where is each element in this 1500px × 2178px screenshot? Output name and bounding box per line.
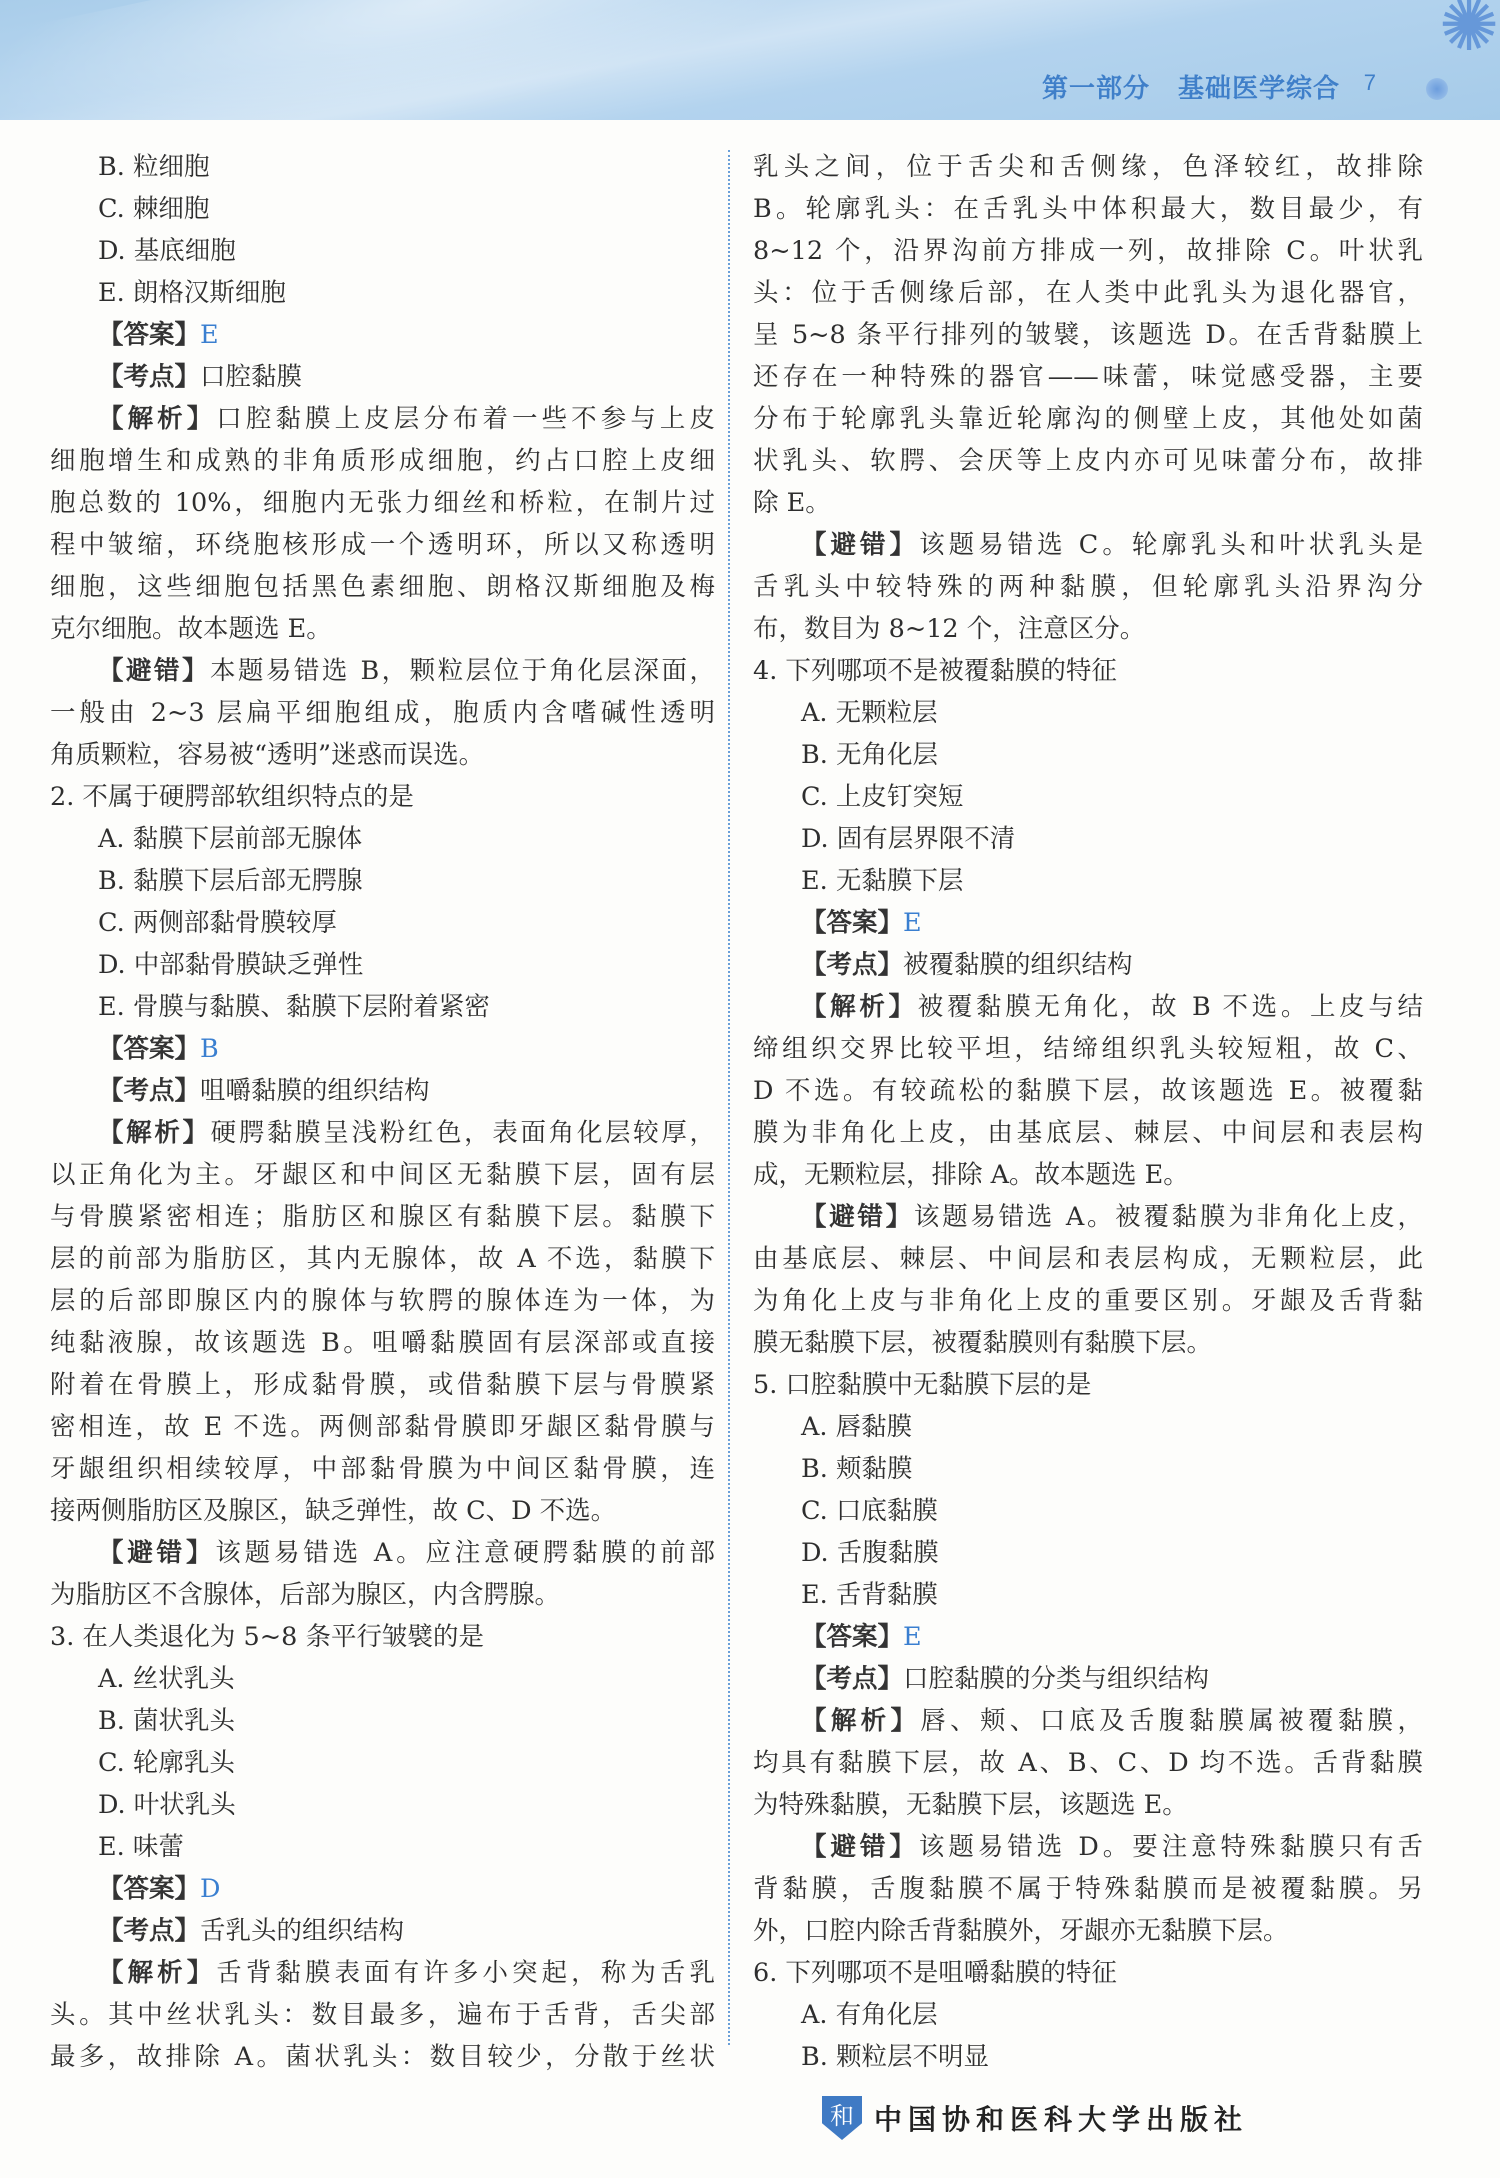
page-footer: 和 中国协和医科大学出版社: [822, 2093, 1248, 2143]
q3-question: 3. 在人类退化为 5~8 条平行皱襞的是: [50, 1616, 715, 1658]
q4-option: D. 固有层界限不清: [753, 818, 1423, 860]
analysis-label: 【解析】: [801, 992, 918, 1022]
dot-decoration-icon: [1426, 78, 1448, 100]
section-title: 第一部分基础医学综合: [1042, 68, 1340, 105]
avoid-label: 【避错】: [98, 656, 210, 686]
analysis-line: 分布于轮廓乳头靠近轮廓沟的侧壁上皮，其他处如菌: [753, 398, 1423, 440]
avoid-text: 该题易错选 C。轮廓乳头和叶状乳头是: [919, 530, 1423, 560]
analysis-line: 牙龈组织相续较厚，中部黏骨膜为中间区黏骨膜，连: [50, 1448, 715, 1490]
analysis-line: 头：位于舌侧缘后部，在人类中此乳头为退化器官，: [753, 272, 1423, 314]
point-label: 【考点】: [801, 1664, 903, 1694]
analysis-line: 成，无颗粒层，排除 A。故本题选 E。: [753, 1154, 1423, 1196]
analysis-label: 【解析】: [98, 1118, 211, 1148]
q2-option: D. 中部黏骨膜缺乏弹性: [50, 944, 715, 986]
avoid-line: 布，数目为 8~12 个，注意区分。: [753, 608, 1423, 650]
q3-option: E. 味蕾: [50, 1826, 715, 1868]
avoid-label: 【避错】: [98, 1538, 215, 1568]
answer-label: 【答案】: [98, 1874, 200, 1904]
q4-avoid: 【避错】该题易错选 A。被覆黏膜为非角化上皮，: [753, 1196, 1423, 1238]
avoid-line: 角质颗粒，容易被“透明”迷惑而误选。: [50, 734, 715, 776]
q3-option: A. 丝状乳头: [50, 1658, 715, 1700]
publisher-logo-icon: 和: [822, 2096, 862, 2140]
q2-point: 【考点】咀嚼黏膜的组织结构: [50, 1070, 715, 1112]
q1-option: E. 朗格汉斯细胞: [50, 272, 715, 314]
q5-avoid: 【避错】该题易错选 D。要注意特殊黏膜只有舌: [753, 1826, 1423, 1868]
answer-value: E: [200, 320, 219, 350]
q1-point: 【考点】口腔黏膜: [50, 356, 715, 398]
q1-option: B. 粒细胞: [50, 146, 715, 188]
analysis-line: 乳头之间，位于舌尖和舌侧缘，色泽较红，故排除: [753, 146, 1423, 188]
analysis-text: 硬腭黏膜呈浅粉红色，表面角化层较厚，: [211, 1118, 715, 1148]
analysis-line: 程中皱缩，环绕胞核形成一个透明环，所以又称透明: [50, 524, 715, 566]
answer-value: E: [903, 908, 922, 938]
q4-option: B. 无角化层: [753, 734, 1423, 776]
q5-point: 【考点】口腔黏膜的分类与组织结构: [753, 1658, 1423, 1700]
q5-option: D. 舌腹黏膜: [753, 1532, 1423, 1574]
avoid-line: 背黏膜，舌腹黏膜不属于特殊黏膜而是被覆黏膜。另: [753, 1868, 1423, 1910]
q5-answer: 【答案】E: [753, 1616, 1423, 1658]
answer-value: D: [200, 1874, 220, 1904]
avoid-line: 舌乳头中较特殊的两种黏膜，但轮廓乳头沿界沟分: [753, 566, 1423, 608]
q2-analysis: 【解析】硬腭黏膜呈浅粉红色，表面角化层较厚，: [50, 1112, 715, 1154]
section-part-label: 第一部分: [1042, 74, 1150, 104]
analysis-line: 最多，故排除 A。菌状乳头：数目较少，分散于丝状: [50, 2036, 715, 2078]
q1-avoid: 【避错】本题易错选 B，颗粒层位于角化层深面，: [50, 650, 715, 692]
analysis-line: 头。其中丝状乳头：数目最多，遍布于舌背，舌尖部: [50, 1994, 715, 2036]
analysis-text: 被覆黏膜无角化，故 B 不选。上皮与结: [918, 992, 1423, 1022]
analysis-line: 附着在骨膜上，形成黏骨膜，或借黏膜下层与骨膜紧: [50, 1364, 715, 1406]
q4-analysis: 【解析】被覆黏膜无角化，故 B 不选。上皮与结: [753, 986, 1423, 1028]
q1-analysis: 【解析】口腔黏膜上皮层分布着一些不参与上皮: [50, 398, 715, 440]
analysis-text: 舌背黏膜表面有许多小突起，称为舌乳: [216, 1958, 715, 1988]
left-column: B. 粒细胞 C. 棘细胞 D. 基底细胞 E. 朗格汉斯细胞 【答案】E 【考…: [50, 146, 715, 2078]
q1-option: D. 基底细胞: [50, 230, 715, 272]
q5-analysis: 【解析】唇、颊、口底及舌腹黏膜属被覆黏膜，: [753, 1700, 1423, 1742]
answer-label: 【答案】: [801, 908, 903, 938]
q2-avoid: 【避错】该题易错选 A。应注意硬腭黏膜的前部: [50, 1532, 715, 1574]
analysis-line: 为特殊黏膜，无黏膜下层，该题选 E。: [753, 1784, 1423, 1826]
analysis-line: 与骨膜紧密相连；脂肪区和腺区有黏膜下层。黏膜下: [50, 1196, 715, 1238]
point-value: 舌乳头的组织结构: [200, 1916, 404, 1946]
avoid-line: 为脂肪区不含腺体，后部为腺区，内含腭腺。: [50, 1574, 715, 1616]
analysis-line: 接两侧脂肪区及腺区，缺乏弹性，故 C、D 不选。: [50, 1490, 715, 1532]
avoid-label: 【避错】: [801, 530, 919, 560]
analysis-line: 层的后部即腺区内的腺体与软腭的腺体连为一体，为: [50, 1280, 715, 1322]
q3-point: 【考点】舌乳头的组织结构: [50, 1910, 715, 1952]
point-value: 口腔黏膜的分类与组织结构: [903, 1664, 1209, 1694]
q6-option: A. 有角化层: [753, 1994, 1423, 2036]
analysis-text: 口腔黏膜上皮层分布着一些不参与上皮: [216, 404, 715, 434]
answer-label: 【答案】: [98, 320, 200, 350]
q2-question: 2. 不属于硬腭部软组织特点的是: [50, 776, 715, 818]
q2-option: B. 黏膜下层后部无腭腺: [50, 860, 715, 902]
publisher-name: 中国协和医科大学出版社: [874, 2098, 1248, 2138]
q6-question: 6. 下列哪项不是咀嚼黏膜的特征: [753, 1952, 1423, 1994]
q3-answer: 【答案】D: [50, 1868, 715, 1910]
avoid-line: 膜无黏膜下层，被覆黏膜则有黏膜下层。: [753, 1322, 1423, 1364]
flower-decoration-icon: ✺: [1434, 0, 1500, 60]
analysis-line: 细胞，这些细胞包括黑色素细胞、朗格汉斯细胞及梅: [50, 566, 715, 608]
avoid-text: 该题易错选 D。要注意特殊黏膜只有舌: [919, 1832, 1423, 1862]
q5-option: A. 唇黏膜: [753, 1406, 1423, 1448]
q4-option: A. 无颗粒层: [753, 692, 1423, 734]
q5-option: B. 颊黏膜: [753, 1448, 1423, 1490]
avoid-line: 为角化上皮与非角化上皮的重要区别。牙龈及舌背黏: [753, 1280, 1423, 1322]
q3-avoid: 【避错】该题易错选 C。轮廓乳头和叶状乳头是: [753, 524, 1423, 566]
q5-option: C. 口底黏膜: [753, 1490, 1423, 1532]
q4-point: 【考点】被覆黏膜的组织结构: [753, 944, 1423, 986]
answer-label: 【答案】: [98, 1034, 200, 1064]
avoid-label: 【避错】: [801, 1202, 914, 1232]
q2-answer: 【答案】B: [50, 1028, 715, 1070]
q2-option: E. 骨膜与黏膜、黏膜下层附着紧密: [50, 986, 715, 1028]
q4-option: C. 上皮钉突短: [753, 776, 1423, 818]
avoid-line: 由基底层、棘层、中间层和表层构成，无颗粒层，此: [753, 1238, 1423, 1280]
q3-analysis: 【解析】舌背黏膜表面有许多小突起，称为舌乳: [50, 1952, 715, 1994]
q5-option: E. 舌背黏膜: [753, 1574, 1423, 1616]
q2-option: C. 两侧部黏骨膜较厚: [50, 902, 715, 944]
analysis-line: 膜为非角化上皮，由基底层、棘层、中间层和表层构: [753, 1112, 1423, 1154]
analysis-line: 纯黏液腺，故该题选 B。咀嚼黏膜固有层深部或直接: [50, 1322, 715, 1364]
point-value: 咀嚼黏膜的组织结构: [200, 1076, 430, 1106]
analysis-line: 克尔细胞。故本题选 E。: [50, 608, 715, 650]
q1-option: C. 棘细胞: [50, 188, 715, 230]
analysis-text: 唇、颊、口底及舌腹黏膜属被覆黏膜，: [920, 1706, 1423, 1736]
avoid-text: 该题易错选 A。被覆黏膜为非角化上皮，: [914, 1202, 1423, 1232]
point-label: 【考点】: [98, 1076, 200, 1106]
q5-question: 5. 口腔黏膜中无黏膜下层的是: [753, 1364, 1423, 1406]
q2-option: A. 黏膜下层前部无腺体: [50, 818, 715, 860]
answer-label: 【答案】: [801, 1622, 903, 1652]
analysis-line: 以正角化为主。牙龈区和中间区无黏膜下层，固有层: [50, 1154, 715, 1196]
q6-option: B. 颗粒层不明显: [753, 2036, 1423, 2078]
analysis-label: 【解析】: [801, 1706, 920, 1736]
section-subject-label: 基础医学综合: [1178, 74, 1340, 104]
analysis-line: 状乳头、软腭、会厌等上皮内亦可见味蕾分布，故排: [753, 440, 1423, 482]
analysis-label: 【解析】: [98, 1958, 216, 1988]
point-value: 被覆黏膜的组织结构: [903, 950, 1133, 980]
analysis-line: D 不选。有较疏松的黏膜下层，故该题选 E。被覆黏: [753, 1070, 1423, 1112]
point-value: 口腔黏膜: [200, 362, 302, 392]
q4-option: E. 无黏膜下层: [753, 860, 1423, 902]
avoid-text: 该题易错选 A。应注意硬腭黏膜的前部: [215, 1538, 715, 1568]
header-decoration: [0, 0, 811, 120]
avoid-line: 一般由 2~3 层扁平细胞组成，胞质内含嗜碱性透明: [50, 692, 715, 734]
analysis-line: 均具有黏膜下层，故 A、B、C、D 均不选。舌背黏膜: [753, 1742, 1423, 1784]
q3-option: D. 叶状乳头: [50, 1784, 715, 1826]
analysis-line: 8~12 个，沿界沟前方排成一列，故排除 C。叶状乳: [753, 230, 1423, 272]
q4-answer: 【答案】E: [753, 902, 1423, 944]
analysis-line: 胞总数的 10%，细胞内无张力细丝和桥粒，在制片过: [50, 482, 715, 524]
analysis-line: 密相连，故 E 不选。两侧部黏骨膜即牙龈区黏骨膜与: [50, 1406, 715, 1448]
analysis-line: 细胞增生和成熟的非角质形成细胞，约占口腔上皮细: [50, 440, 715, 482]
point-label: 【考点】: [98, 362, 200, 392]
right-column: 乳头之间，位于舌尖和舌侧缘，色泽较红，故排除 B。轮廓乳头：在舌乳头中体积最大，…: [753, 146, 1423, 2078]
avoid-label: 【避错】: [801, 1832, 919, 1862]
q3-option: B. 菌状乳头: [50, 1700, 715, 1742]
point-label: 【考点】: [98, 1916, 200, 1946]
analysis-line: 层的前部为脂肪区，其内无腺体，故 A 不选，黏膜下: [50, 1238, 715, 1280]
q4-question: 4. 下列哪项不是被覆黏膜的特征: [753, 650, 1423, 692]
analysis-label: 【解析】: [98, 404, 216, 434]
answer-value: B: [200, 1034, 219, 1064]
answer-value: E: [903, 1622, 922, 1652]
avoid-text: 本题易错选 B，颗粒层位于角化层深面，: [210, 656, 715, 686]
avoid-line: 外，口腔内除舌背黏膜外，牙龈亦无黏膜下层。: [753, 1910, 1423, 1952]
page-number: 7: [1364, 70, 1376, 96]
q1-answer: 【答案】E: [50, 314, 715, 356]
analysis-line: 缔组织交界比较平坦，结缔组织乳头较短粗，故 C、: [753, 1028, 1423, 1070]
analysis-line: B。轮廓乳头：在舌乳头中体积最大，数目最少，有: [753, 188, 1423, 230]
analysis-line: 呈 5~8 条平行排列的皱襞，该题选 D。在舌背黏膜上: [753, 314, 1423, 356]
point-label: 【考点】: [801, 950, 903, 980]
q3-option: C. 轮廓乳头: [50, 1742, 715, 1784]
analysis-line: 还存在一种特殊的器官——味蕾，味觉感受器，主要: [753, 356, 1423, 398]
analysis-line: 除 E。: [753, 482, 1423, 524]
column-divider: [728, 150, 730, 2045]
page-header: 第一部分基础医学综合 7 ✺: [0, 0, 1500, 120]
